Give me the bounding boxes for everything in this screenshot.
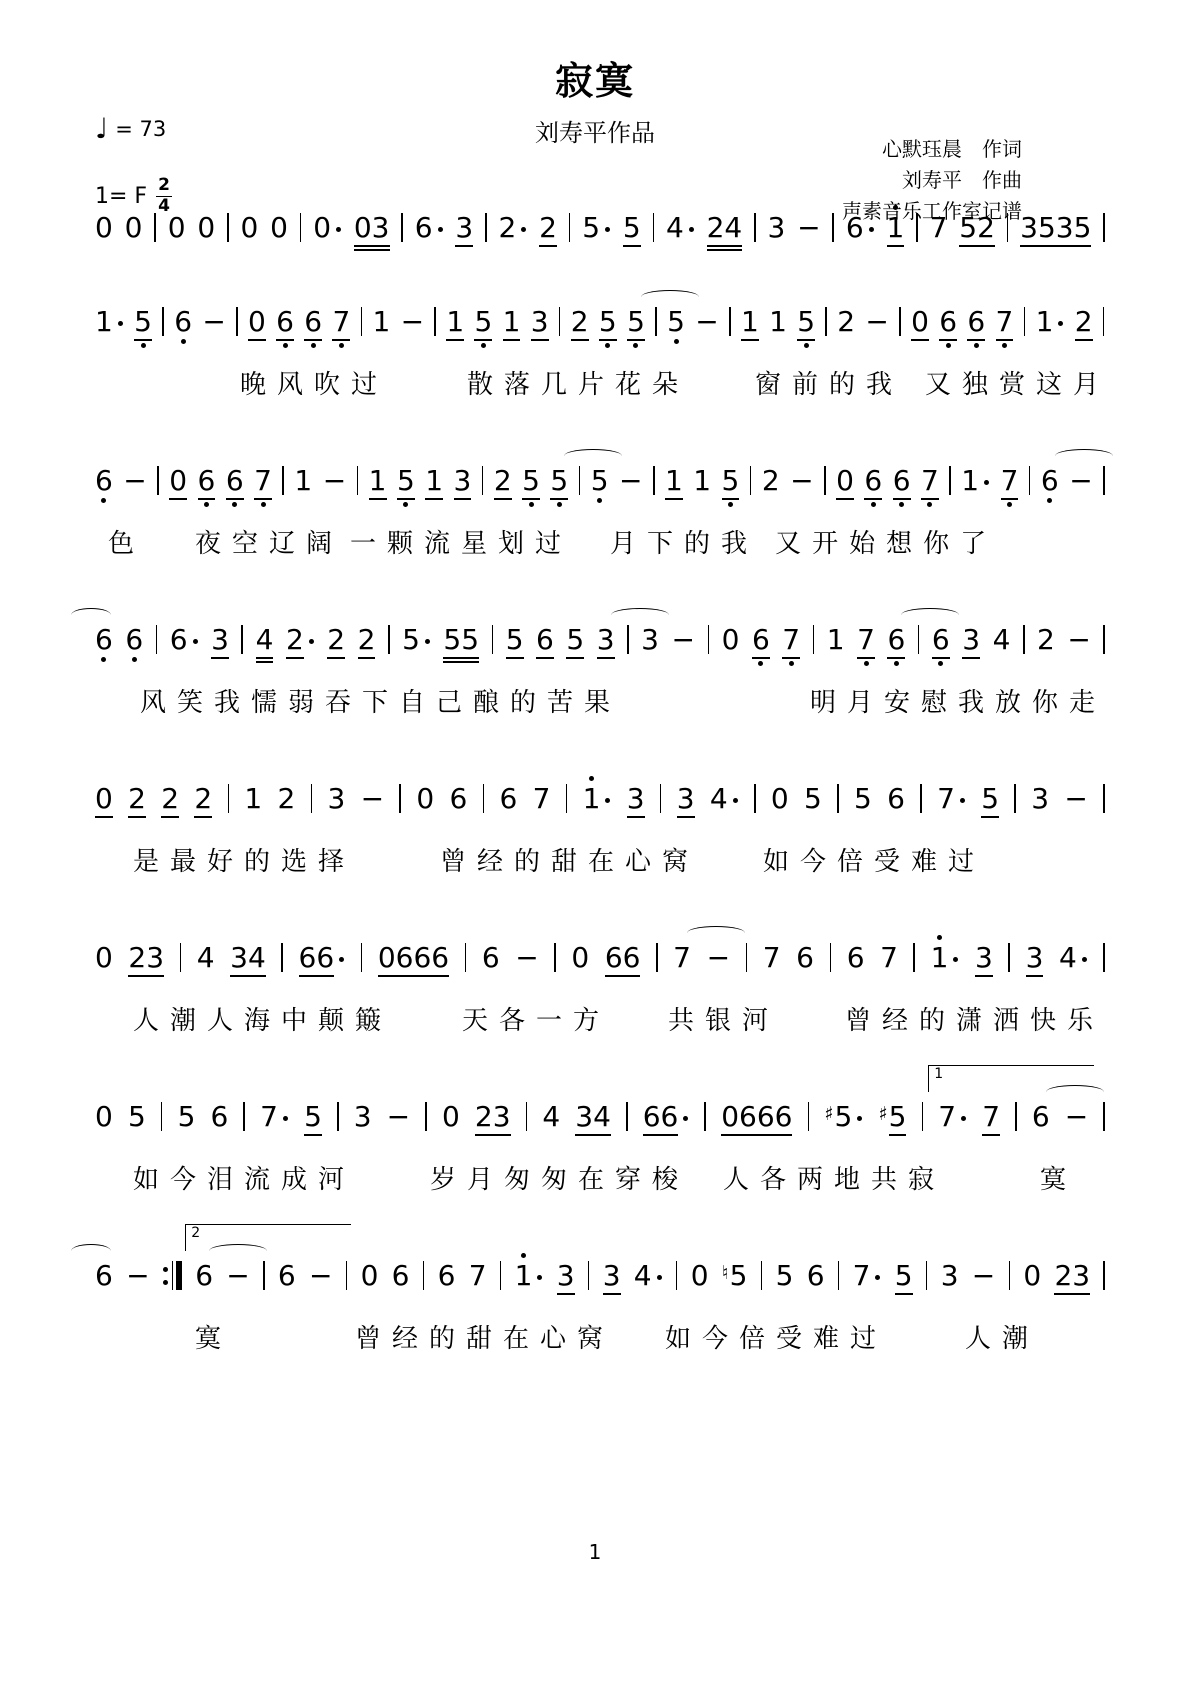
augmentation-dot — [960, 798, 965, 803]
quarter-note-icon: ♩ — [95, 112, 108, 145]
augmentation-dot — [869, 227, 874, 232]
low-octave-dot — [633, 343, 638, 348]
note-digits: 4 — [1059, 944, 1077, 972]
augmentation-dot — [605, 227, 610, 232]
page-number: 1 — [0, 1540, 1190, 1564]
barline — [813, 625, 815, 654]
tie-slur — [687, 926, 745, 940]
time-signature-numerator: 2 — [156, 176, 172, 197]
note-extension-dash: − — [1065, 1103, 1088, 1131]
note: 6 — [449, 785, 467, 813]
eighth-underline — [531, 339, 549, 341]
low-octave-dot — [789, 661, 794, 666]
low-octave-dot — [481, 343, 486, 348]
eighth-underline — [369, 498, 387, 500]
eighth-underline — [981, 816, 999, 818]
note-digits: 3 — [557, 1262, 575, 1290]
eighth-underline — [864, 498, 882, 500]
sixteenth-underline — [256, 661, 274, 663]
eighth-underline — [752, 657, 770, 659]
rest-note: 0 — [722, 626, 740, 654]
note: 2 — [278, 785, 296, 813]
low-octave-dot — [283, 343, 288, 348]
note: 6 — [482, 944, 500, 972]
low-octave-dot — [938, 661, 943, 666]
eighth-underline — [539, 245, 557, 247]
eighth-underline — [996, 339, 1014, 341]
tie-slur — [71, 1244, 111, 1258]
note-digits: 7 — [930, 214, 948, 242]
eighth-underline — [226, 498, 244, 500]
barline — [1029, 466, 1031, 495]
note-digits: 0 — [197, 214, 215, 242]
lyrics-line-8: 寞曾经的甜在心窝如今倍受难过人潮 — [95, 1318, 1105, 1355]
sixteenth-underline — [443, 661, 479, 663]
low-octave-dot — [132, 657, 137, 662]
barline — [569, 213, 571, 242]
barline — [588, 1261, 590, 1290]
note: 5 — [722, 467, 740, 495]
note-digits: 1 — [515, 1262, 533, 1290]
note: 2 — [327, 626, 345, 654]
rest-note: 0 — [248, 308, 266, 336]
barline — [492, 625, 494, 654]
note-digits: 24 — [707, 214, 743, 242]
eighth-underline — [506, 657, 524, 659]
note-digits: 3 — [1031, 785, 1049, 813]
note-digits: 0 — [313, 214, 331, 242]
note: 3 — [941, 1262, 959, 1290]
barline — [401, 213, 403, 242]
note-digits: 4 — [197, 944, 215, 972]
eighth-underline — [566, 657, 584, 659]
note: 7 — [930, 214, 948, 242]
note-digits: 0 — [836, 467, 854, 495]
low-octave-dot — [974, 343, 979, 348]
note-extension-dash: − — [1069, 467, 1092, 495]
barline — [627, 625, 629, 654]
note-digits: − — [695, 308, 718, 336]
barline — [180, 943, 182, 972]
note-digits: 7 — [982, 1103, 1000, 1131]
eighth-underline — [887, 657, 905, 659]
low-octave-dot — [728, 502, 733, 507]
note-digits: 1 — [369, 467, 387, 495]
note-digits: 1 — [665, 467, 683, 495]
barline — [554, 943, 556, 972]
lyric-segment: 寞 — [195, 1318, 232, 1355]
low-octave-dot — [946, 343, 951, 348]
barline — [485, 213, 487, 242]
note-digits: 7 — [938, 1103, 956, 1131]
barline — [483, 784, 485, 813]
eighth-underline — [599, 339, 617, 341]
low-octave-dot — [597, 498, 602, 503]
lyric-segment: 如今倍受难过 — [665, 1318, 887, 1355]
eighth-underline — [975, 975, 993, 977]
low-octave-dot — [1002, 343, 1007, 348]
augmentation-dot — [605, 798, 610, 803]
lyric-segment: 风笑我懦弱吞下自己酿的苦果 — [140, 682, 621, 719]
note-digits: 0 — [270, 214, 288, 242]
note: 6 — [226, 467, 244, 495]
note-digits: − — [401, 308, 424, 336]
augmentation-dot — [425, 639, 430, 644]
note: 3 — [962, 626, 980, 654]
note-digits: 0 — [722, 626, 740, 654]
note-digits: − — [1064, 785, 1087, 813]
note: 6 — [536, 626, 554, 654]
note: 7 — [260, 1103, 289, 1131]
note-digits: 0 — [361, 1262, 379, 1290]
rest-note: 0 — [691, 1262, 709, 1290]
note-digits: 6 — [226, 467, 244, 495]
low-octave-dot — [339, 343, 344, 348]
note: 1 — [931, 944, 960, 972]
note-digits: 0 — [125, 214, 143, 242]
note: 2 — [837, 308, 855, 336]
note-extension-dash: − — [515, 944, 538, 972]
eighth-underline — [230, 975, 266, 977]
note: 6 — [95, 626, 113, 654]
tie-slur — [901, 608, 959, 622]
barline — [704, 1102, 706, 1131]
note-digits: 7 — [880, 944, 898, 972]
eighth-underline — [474, 339, 492, 341]
note-digits: 0666 — [721, 1103, 792, 1131]
note-digits: 6 — [807, 1262, 825, 1290]
low-octave-dot — [181, 339, 186, 344]
note-digits: 5 — [397, 467, 415, 495]
low-octave-dot — [557, 502, 562, 507]
note: 5 — [627, 308, 645, 336]
augmentation-dot — [339, 957, 344, 962]
barline — [346, 1261, 348, 1290]
eighth-underline — [276, 339, 294, 341]
note-extension-dash: − — [790, 467, 813, 495]
note-digits: 7 — [937, 785, 955, 813]
note-digits: 6 — [752, 626, 770, 654]
note-digits: 6 — [887, 785, 905, 813]
low-octave-dot — [232, 502, 237, 507]
note: 6 — [211, 1103, 229, 1131]
tie-slur — [71, 608, 111, 622]
rest-note: 0 — [270, 214, 288, 242]
note-digits: − — [797, 214, 820, 242]
note-digits: 6 — [846, 214, 864, 242]
note-digits: − — [126, 1262, 149, 1290]
eighth-underline — [932, 657, 950, 659]
high-octave-dot — [893, 205, 898, 210]
sheet-music-page: 寂寞 刘寿平作品 ♩ = 73 1= F 2 4 心默珏晨 作词 刘寿平 作曲 … — [0, 0, 1190, 1683]
lyric-segment: 散落几片花朵 — [467, 364, 689, 401]
note-digits: 0 — [416, 785, 434, 813]
note: 3 — [641, 626, 659, 654]
note-digits: 4 — [666, 214, 684, 242]
note-digits: 1 — [741, 308, 759, 336]
note-digits: 5 — [722, 467, 740, 495]
barline — [311, 784, 313, 813]
barline — [162, 307, 164, 336]
lyric-segment: 又独赏这月 — [925, 364, 1110, 401]
barline — [243, 1102, 245, 1131]
note: 71 — [938, 1103, 967, 1131]
barline — [1014, 784, 1016, 813]
note-digits: 3 — [603, 1262, 621, 1290]
note: 5 — [776, 1262, 794, 1290]
note-digits: 1 — [931, 944, 949, 972]
note-digits: 6 — [536, 626, 554, 654]
note-digits: 2 — [762, 467, 780, 495]
note-digits: 7 — [469, 1262, 487, 1290]
note-digits: 6 — [198, 467, 216, 495]
note: 1 — [887, 214, 905, 242]
barline — [1103, 307, 1105, 336]
note: 6 — [95, 467, 113, 495]
note-digits: 23 — [1054, 1262, 1090, 1290]
tie-slur — [641, 290, 699, 304]
note: 5 — [667, 308, 685, 336]
low-octave-dot — [1007, 502, 1012, 507]
note-digits: − — [1069, 467, 1092, 495]
note: 4 — [710, 785, 739, 813]
note-digits: 2 — [327, 626, 345, 654]
note: 6 — [932, 626, 950, 654]
lyric-segment: 窗前的我 — [755, 364, 903, 401]
note: 6 — [278, 1262, 296, 1290]
note-digits: 3 — [768, 214, 786, 242]
low-octave-dot — [605, 343, 610, 348]
song-title: 寂寞 — [0, 0, 1190, 105]
note-digits: 5 — [128, 1103, 146, 1131]
eighth-underline — [358, 657, 376, 659]
eighth-underline — [1001, 498, 1019, 500]
barline — [626, 1102, 628, 1131]
note: 0666 — [378, 944, 449, 972]
low-octave-dot — [101, 498, 106, 503]
volta-bracket-2: 2 — [185, 1224, 351, 1251]
rest-note: 0 — [95, 214, 113, 242]
note-digits: 5 — [582, 214, 600, 242]
eighth-underline — [962, 657, 980, 659]
note-digits: 2 — [128, 785, 146, 813]
note-digits: − — [309, 1262, 332, 1290]
note-digits: − — [707, 944, 730, 972]
note-digits: 7 — [782, 626, 800, 654]
augmentation-dot — [683, 1116, 688, 1121]
eighth-underline — [721, 1134, 792, 1136]
note-digits: 0 — [911, 308, 929, 336]
note-digits: 2 — [837, 308, 855, 336]
barline — [920, 784, 922, 813]
note-digits: 2 — [571, 308, 589, 336]
note-digits: 1 — [425, 467, 443, 495]
note-digits: 2 — [1037, 626, 1055, 654]
eighth-underline — [889, 1134, 907, 1136]
augmentation-dot — [657, 1275, 662, 1280]
eighth-underline — [627, 816, 645, 818]
note: 1 — [1036, 308, 1065, 336]
low-octave-dot — [529, 502, 534, 507]
note-digits: 34 — [575, 1103, 611, 1131]
note-digits: 3 — [597, 626, 615, 654]
eighth-underline — [982, 1134, 1000, 1136]
note: 7 — [996, 308, 1014, 336]
note: 3 — [454, 467, 472, 495]
note-digits: 2 — [539, 214, 557, 242]
eighth-underline — [665, 498, 683, 500]
note-digits: 1 — [693, 467, 711, 495]
note: 3 — [768, 214, 786, 242]
note-digits: 6 — [887, 626, 905, 654]
barline — [838, 1261, 840, 1290]
barline — [434, 307, 436, 336]
note-digits: 5 — [474, 308, 492, 336]
note-digits: − — [619, 467, 642, 495]
note: 5 — [474, 308, 492, 336]
barline — [227, 213, 229, 242]
note-digits: 6 — [392, 1262, 410, 1290]
barline — [926, 1261, 928, 1290]
eighth-underline — [741, 339, 759, 341]
note-digits: 5 — [402, 626, 420, 654]
eighth-underline — [1054, 1293, 1090, 1295]
augmentation-dot — [984, 480, 989, 485]
note-digits: 2 — [1075, 308, 1093, 336]
note: 2 — [161, 785, 179, 813]
eighth-underline — [161, 816, 179, 818]
barline — [922, 1102, 924, 1131]
low-octave-dot — [204, 502, 209, 507]
barline — [653, 466, 655, 495]
barline — [708, 625, 710, 654]
note: 4 — [197, 944, 215, 972]
eighth-underline — [571, 339, 589, 341]
notes-line-5: 0222123−066713340556753− — [95, 783, 1105, 813]
note: 3 — [354, 1103, 372, 1131]
note: 24 — [707, 214, 743, 242]
barline — [1024, 307, 1026, 336]
note-extension-dash: − — [361, 785, 384, 813]
eighth-underline — [597, 657, 615, 659]
note-digits: 3 — [641, 626, 659, 654]
note-extension-dash: − — [387, 1103, 410, 1131]
note: 5 — [854, 785, 872, 813]
note: 6 — [846, 214, 875, 242]
eighth-underline — [959, 245, 995, 247]
note: 6 — [415, 214, 444, 242]
note-digits: 0 — [95, 944, 113, 972]
lyrics-line-4: 风笑我懦弱吞下自己酿的苦果明月安慰我放你走 — [95, 682, 1105, 719]
rest-note: 0 — [95, 944, 113, 972]
note: 3 — [677, 785, 695, 813]
note-digits: 7 — [996, 308, 1014, 336]
note: 5 — [981, 785, 999, 813]
low-octave-dot — [403, 502, 408, 507]
barline — [676, 1261, 678, 1290]
note-extension-dash: − — [672, 626, 695, 654]
barline — [1103, 943, 1105, 972]
barline — [156, 625, 158, 654]
note-digits: 6 — [174, 308, 192, 336]
barline — [157, 466, 159, 495]
note-digits: 1 — [294, 467, 312, 495]
note-digits: − — [387, 1103, 410, 1131]
barline — [1008, 943, 1010, 972]
note-digits: 2 — [494, 467, 512, 495]
note-extension-dash: − — [323, 467, 346, 495]
eighth-underline — [475, 1134, 511, 1136]
note: 3 — [627, 785, 645, 813]
note: 5 — [506, 626, 524, 654]
note: 6 — [304, 308, 322, 336]
natural-icon: ♮ — [722, 1264, 729, 1283]
eighth-underline — [893, 498, 911, 500]
barline — [1103, 1261, 1105, 1290]
note: 5 — [591, 467, 609, 495]
barline — [263, 1261, 265, 1290]
note: 3 — [1031, 785, 1049, 813]
note-digits: 5 — [178, 1103, 196, 1131]
note-digits: 6 — [211, 1103, 229, 1131]
eighth-underline — [677, 816, 695, 818]
note-digits: 6 — [796, 944, 814, 972]
barline — [1009, 1261, 1011, 1290]
note: 52 — [959, 214, 995, 242]
note: 7 — [880, 944, 898, 972]
note-digits: 0 — [95, 785, 113, 813]
note: 62 — [195, 1262, 213, 1290]
augmentation-dot — [193, 639, 198, 644]
barline — [337, 1102, 339, 1131]
note-digits: 2 — [194, 785, 212, 813]
note-digits: 6 — [482, 944, 500, 972]
eighth-underline — [446, 339, 464, 341]
note-extension-dash: − — [972, 1262, 995, 1290]
note-digits: 66 — [643, 1103, 679, 1131]
high-octave-dot — [589, 776, 594, 781]
note-digits: 1 — [583, 785, 601, 813]
note-digits: 1 — [827, 626, 845, 654]
note: 4 — [542, 1103, 560, 1131]
augmentation-dot — [733, 798, 738, 803]
note: 5 — [804, 785, 822, 813]
note-digits: 55 — [443, 626, 479, 654]
barline — [729, 307, 731, 336]
note-digits: 6 — [95, 467, 113, 495]
note-digits: 1 — [372, 308, 390, 336]
lyric-segment: 如今倍受难过 — [763, 841, 985, 878]
barline — [361, 307, 363, 336]
eighth-underline — [1075, 339, 1093, 341]
rest-note: 0 — [571, 944, 589, 972]
barline — [824, 466, 826, 495]
note-digits: 6 — [967, 308, 985, 336]
note: 5 — [402, 626, 431, 654]
note-digits: 6 — [864, 467, 882, 495]
note-digits: 6 — [415, 214, 433, 242]
eighth-underline — [503, 339, 521, 341]
note-digits: 6 — [304, 308, 322, 336]
note-digits: 6 — [939, 308, 957, 336]
augmentation-dot — [857, 1116, 862, 1121]
barline — [754, 213, 756, 242]
note: 7 — [254, 467, 272, 495]
rest-note: 0 — [197, 214, 215, 242]
note: 1 — [741, 308, 759, 336]
barline — [656, 943, 658, 972]
barline — [1103, 784, 1105, 813]
